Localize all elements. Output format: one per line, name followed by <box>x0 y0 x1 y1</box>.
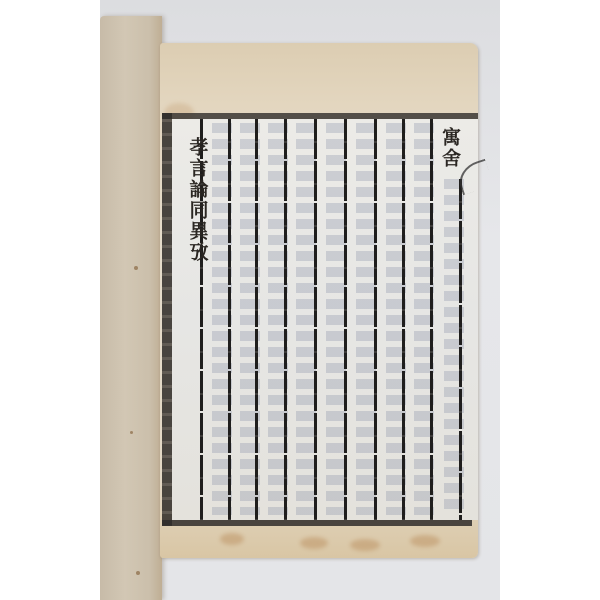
column-rule <box>228 119 231 520</box>
column-rule <box>314 119 317 520</box>
column-rule <box>284 119 287 520</box>
column-rule <box>430 119 433 520</box>
water-stain <box>220 533 244 545</box>
column-rule <box>374 119 377 520</box>
column-rule <box>459 179 462 520</box>
section-label-column: 寓舍 <box>438 127 462 169</box>
book-title-column: 孝言論同異攷 <box>184 137 210 263</box>
stain-spot <box>136 571 140 575</box>
faded-text-column <box>326 123 346 515</box>
stain-spot <box>130 431 133 434</box>
column-rule <box>255 119 258 520</box>
text-panel: 孝言論同異攷 寓舍 <box>172 119 478 520</box>
section-label-text: 寓舍 <box>440 127 460 169</box>
water-stain <box>300 537 328 549</box>
frame-top-border <box>162 113 478 119</box>
printed-frame: 孝言論同異攷 寓舍 <box>162 113 478 526</box>
faded-text-column <box>296 123 316 515</box>
column-rule <box>344 119 347 520</box>
stain-spot <box>134 266 138 270</box>
book-title-text: 孝言論同異攷 <box>187 137 208 263</box>
water-stain <box>410 535 440 547</box>
photo-background: 孝言論同異攷 寓舍 <box>100 0 500 600</box>
frame-left-border <box>162 113 172 526</box>
faded-text-column <box>356 123 376 515</box>
column-rule <box>402 119 405 520</box>
water-stain <box>350 539 380 551</box>
left-book-page <box>100 16 162 600</box>
frame-bottom-border <box>162 520 472 526</box>
